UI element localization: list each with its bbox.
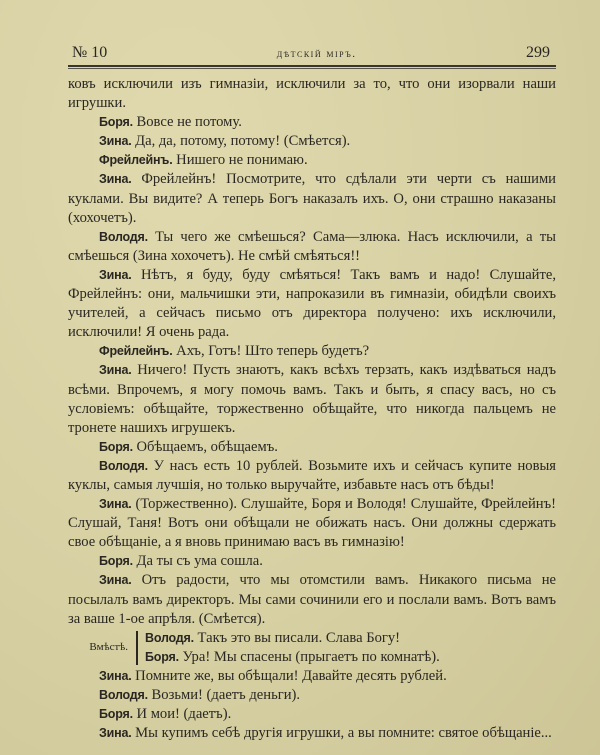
- speaker-name: Володя.: [99, 230, 148, 244]
- speaker-name: Боря.: [99, 554, 133, 568]
- dialogue-line: Боря. И мои! (даетъ).: [68, 705, 556, 724]
- dialogue-line: Фрейлейнъ. Нишего не понимаю.: [68, 151, 556, 170]
- speaker-name: Зина.: [99, 172, 132, 186]
- dialogue-text: И мои! (даетъ).: [133, 706, 231, 722]
- speaker-name: Володя.: [145, 631, 194, 645]
- speaker-name: Зина.: [99, 134, 132, 148]
- dialogue-text: Возьми! (даетъ деньги).: [148, 687, 300, 703]
- dialogue-text: Да, да, потому, потому! (Смѣется).: [132, 133, 351, 149]
- together-block: Вмѣстѣ. Володя. Такъ это вы писали. Слав…: [68, 629, 556, 667]
- issue-number: № 10: [72, 44, 107, 62]
- dialogue-text: Нѣтъ, я буду, буду смѣяться! Такъ вамъ и…: [68, 267, 556, 340]
- dialogue-line: Зина. (Торжественно). Слушайте, Боря и В…: [68, 495, 556, 552]
- header-rule-thick: [68, 65, 556, 67]
- dialogue-line: Зина. Отъ радости, что мы отомстили вамъ…: [68, 571, 556, 628]
- speaker-name: Володя.: [99, 459, 148, 473]
- speaker-name: Володя.: [99, 688, 148, 702]
- running-header: № 10 ДѢТСКІЙ МІРЪ. 299: [68, 44, 556, 64]
- dialogue-text: Фрейлейнъ! Посмотрите, что сдѣлали эти ч…: [68, 171, 556, 225]
- dialogue-line: Зина. Мы купимъ себѣ другія игрушки, а в…: [68, 724, 556, 743]
- dialogue-line: Зина. Нѣтъ, я буду, буду смѣяться! Такъ …: [68, 266, 556, 342]
- dialogue-text: Мы купимъ себѣ другія игрушки, а вы помн…: [132, 725, 552, 741]
- speaker-name: Зина.: [99, 726, 132, 740]
- dialogue-text: Да ты съ ума сошла.: [133, 553, 263, 569]
- dialogue-text: Такъ это вы писали. Слава Богу!: [194, 630, 400, 646]
- speaker-name: Боря.: [99, 440, 133, 454]
- dialogue-line: Боря. Да ты съ ума сошла.: [68, 552, 556, 571]
- dialogue-text: Ничего! Пусть знаютъ, какъ всѣхъ терзать…: [68, 362, 556, 435]
- dialogue-line: Володя. Возьми! (даетъ деньги).: [68, 686, 556, 705]
- dialogue-line: Володя. Ты чего же смѣешься? Сама—злюка.…: [68, 228, 556, 266]
- speaker-name: Фрейлейнъ.: [99, 153, 173, 167]
- dialogue-text: Нишего не понимаю.: [173, 152, 308, 168]
- brace-icon: [132, 629, 142, 667]
- dialogue-text: Помните же, вы обѣщали! Давайте десять р…: [132, 668, 447, 684]
- dialogue-text: Ахъ, Готъ! Што теперь будетъ?: [173, 343, 370, 359]
- magazine-title: ДѢТСКІЙ МІРЪ.: [277, 48, 357, 60]
- speaker-name: Боря.: [99, 707, 133, 721]
- dialogue-line: Володя. Такъ это вы писали. Слава Богу!: [145, 629, 556, 648]
- dialogue-line: Боря. Ура! Мы спасены (прыгаетъ по комна…: [145, 648, 556, 667]
- speaker-name: Зина.: [99, 573, 132, 587]
- dialogue-line: Боря. Обѣщаемъ, обѣщаемъ.: [68, 438, 556, 457]
- dialogue-text: Отъ радости, что мы отомстили вамъ. Ника…: [68, 572, 556, 626]
- dialogue-text: (Торжественно). Слушайте, Боря и Володя!…: [68, 496, 556, 550]
- paragraph-text: ковъ исключили изъ гимназіи, исключили з…: [68, 76, 556, 111]
- dialogue-line: Зина. Ничего! Пусть знаютъ, какъ всѣхъ т…: [68, 361, 556, 437]
- header-rule-thin: [68, 68, 556, 69]
- dialogue-line: Володя. У насъ есть 10 рублей. Возьмите …: [68, 457, 556, 495]
- dialogue-text: Обѣщаемъ, обѣщаемъ.: [133, 439, 278, 455]
- dialogue-text: Вовсе не потому.: [133, 114, 242, 130]
- dialogue-line: Боря. Вовсе не потому.: [68, 113, 556, 132]
- speaker-name: Боря.: [99, 115, 133, 129]
- dialogue-text: Ура! Мы спасены (прыгаетъ по комнатѣ).: [179, 649, 440, 665]
- speaker-name: Фрейлейнъ.: [99, 344, 173, 358]
- together-label: Вмѣстѣ.: [68, 638, 132, 657]
- dialogue-line: Зина. Помните же, вы обѣщали! Давайте де…: [68, 667, 556, 686]
- speaker-name: Зина.: [99, 363, 132, 377]
- speaker-name: Зина.: [99, 497, 132, 511]
- page-number: 299: [526, 44, 550, 62]
- dialogue-line: Фрейлейнъ. Ахъ, Готъ! Што теперь будетъ?: [68, 342, 556, 361]
- paragraph: ковъ исключили изъ гимназіи, исключили з…: [68, 75, 556, 113]
- dialogue-line: Зина. Да, да, потому, потому! (Смѣется).: [68, 132, 556, 151]
- speaker-name: Боря.: [145, 650, 179, 664]
- dialogue-line: Зина. Фрейлейнъ! Посмотрите, что сдѣлали…: [68, 170, 556, 227]
- together-lines: Володя. Такъ это вы писали. Слава Богу! …: [142, 629, 556, 667]
- play-text: ковъ исключили изъ гимназіи, исключили з…: [68, 75, 556, 743]
- speaker-name: Зина.: [99, 268, 132, 282]
- magazine-page: № 10 ДѢТСКІЙ МІРЪ. 299 ковъ исключили из…: [68, 44, 556, 743]
- speaker-name: Зина.: [99, 669, 132, 683]
